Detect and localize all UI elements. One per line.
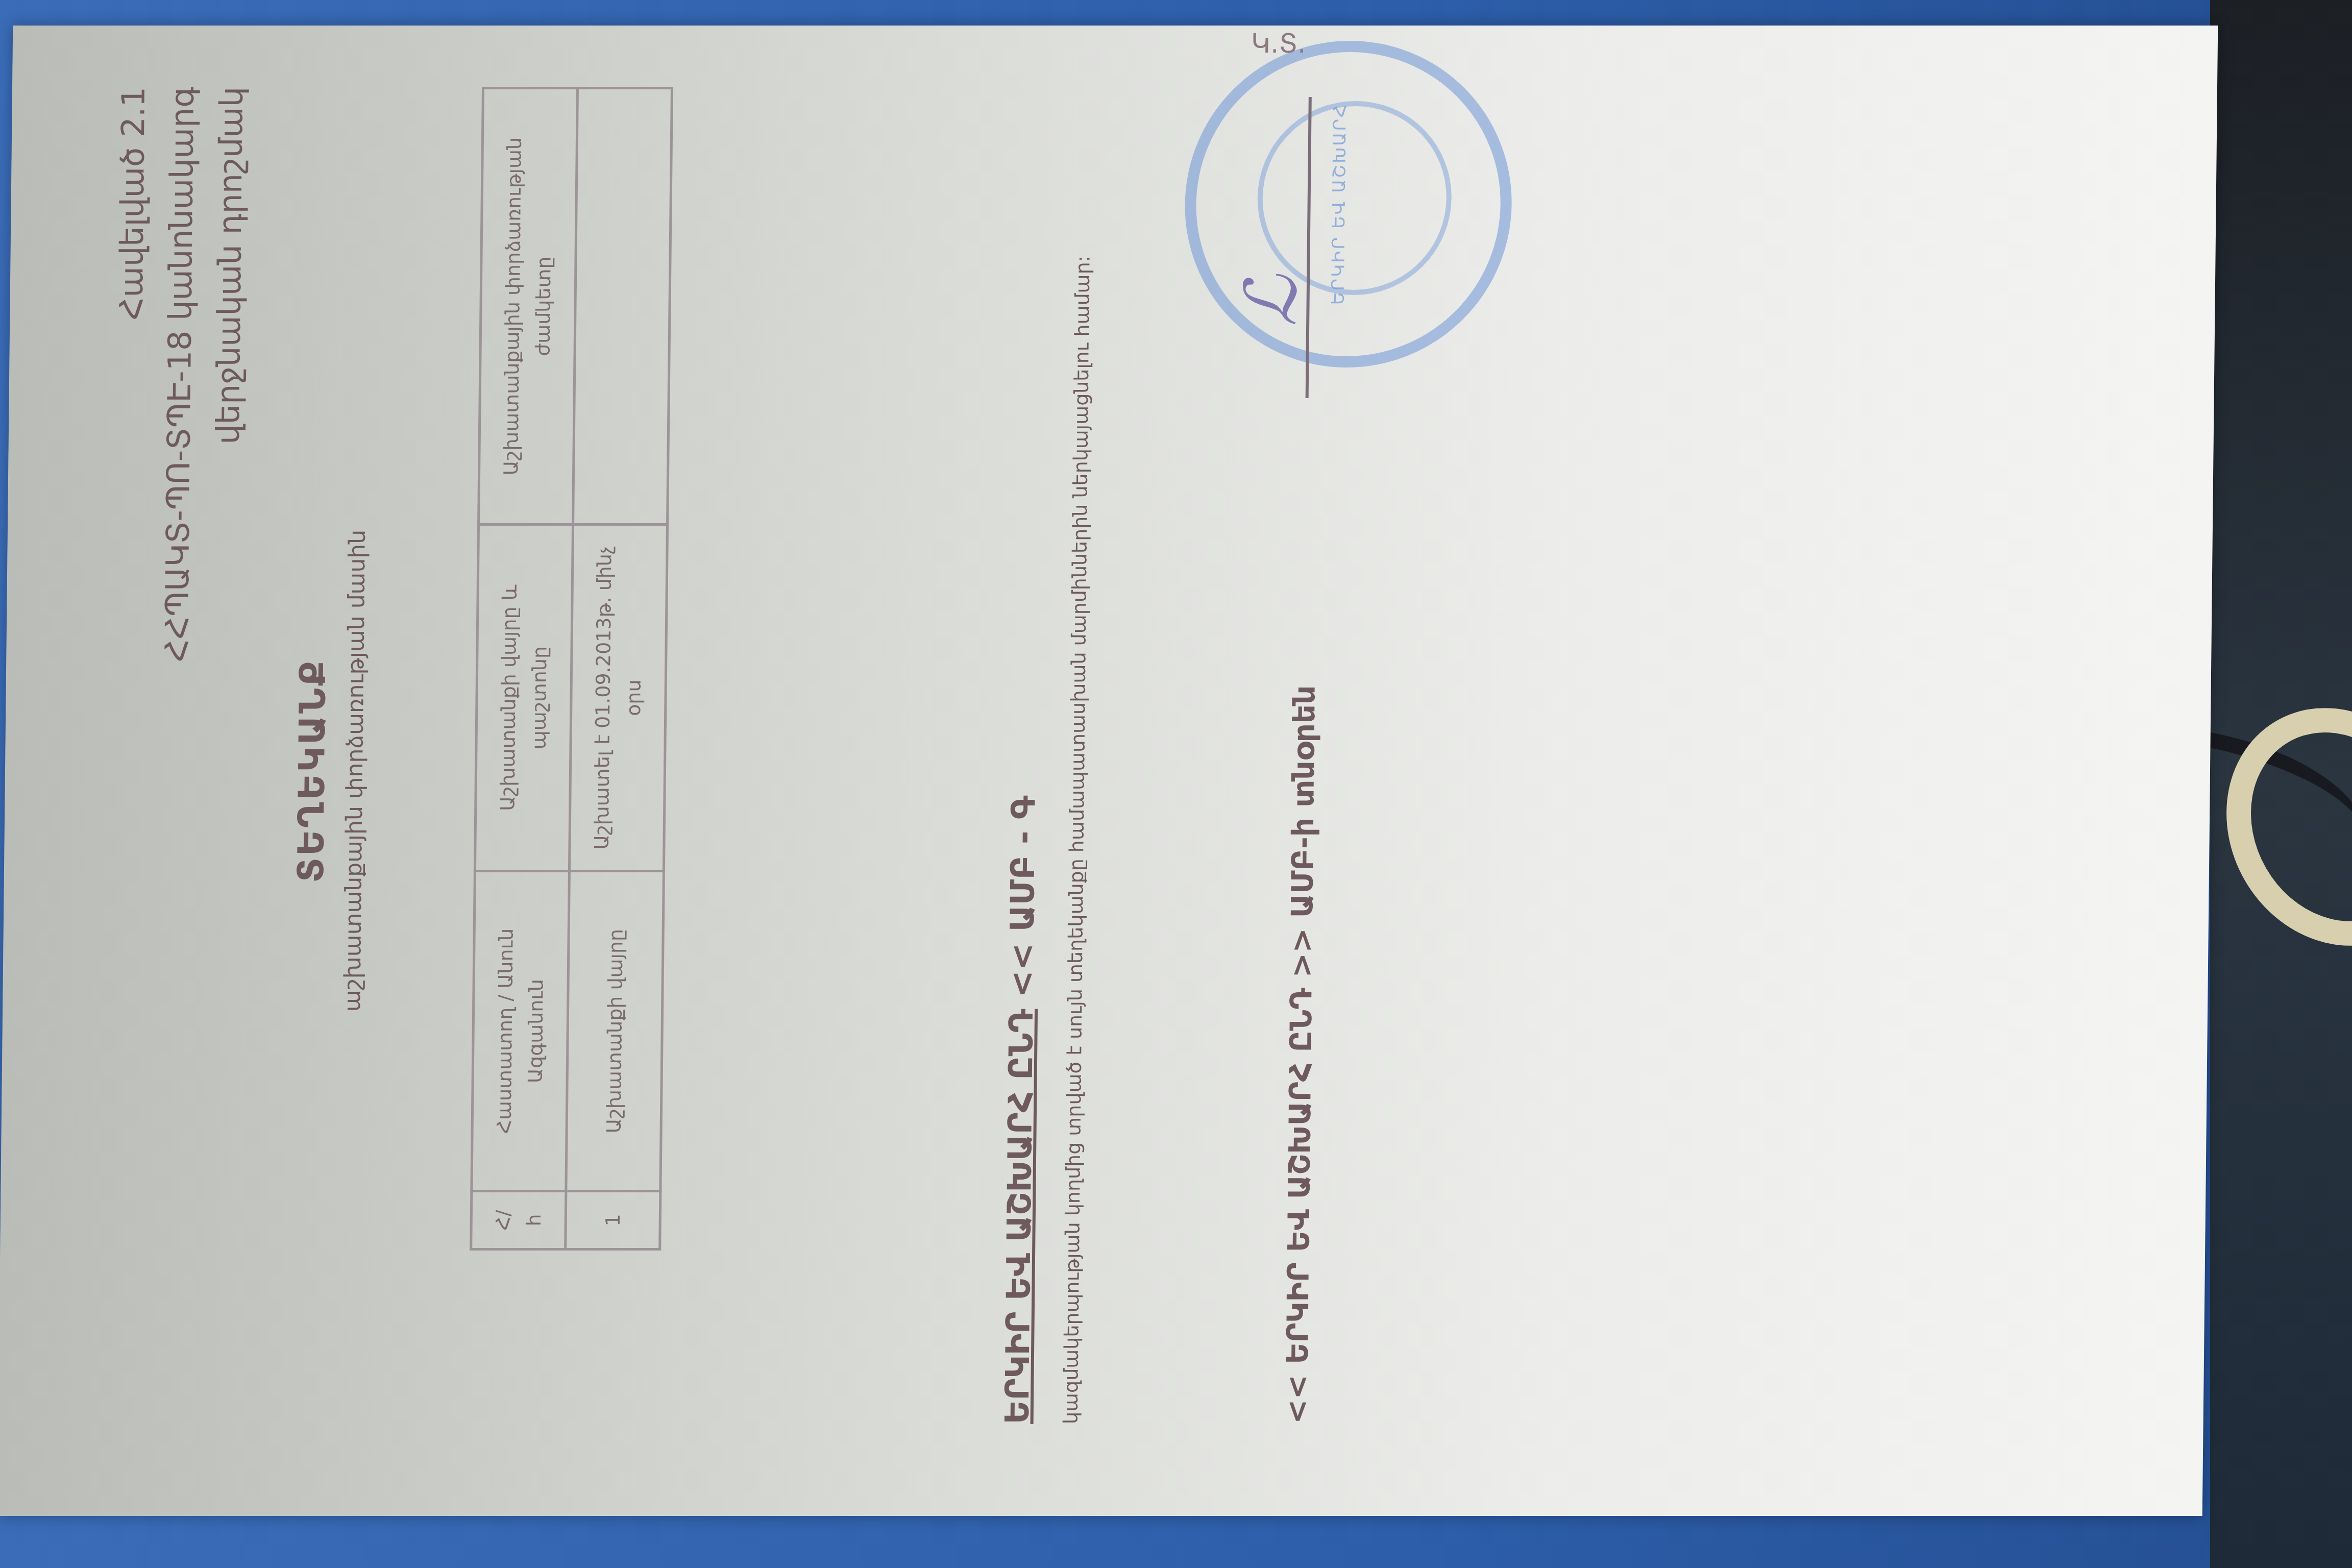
cell	[573, 88, 672, 525]
table-header-row: Հ/հ Հաստատող / Անուն Ազգանուն Աշխատանքի …	[471, 88, 578, 1249]
col-period: Աշխատանքային փորձառության ժամկետը	[479, 88, 578, 525]
appendix-label: Հավելված 2.1	[103, 87, 158, 661]
cell: Աշխատել է 01.09.2013թ. մինչ օրս	[569, 525, 667, 871]
document-header: Հավելված 2.1 ՀՀՊԱԿՏ-ՊՈ-ՏՊԷ-18 կանոնակարգ…	[103, 87, 256, 661]
col-approver: Հաստատող / Անուն Ազգանուն	[472, 871, 570, 1191]
cell: Աշխատանքի վայրը	[566, 871, 664, 1191]
document-content: Հավելված 2.1 ՀՀՊԱԿՏ-ՊՈ-ՏՊԷ-18 կանոնակարգ…	[0, 26, 2218, 1516]
organization-line: ԵՐԿԻՐ ԵՎ ԱՇԽԱՐՀ ԸՆԴ << ԱՄԲ - Գ	[999, 148, 1050, 1424]
stamp-text: ԵՐԿԻՐ ԵՎ ԱՇԽԱՐՀ	[1328, 52, 1351, 356]
signature-mark: ℒ	[1230, 275, 1313, 327]
document-title: ՏԵՂԵԿԱՆՔ	[283, 26, 341, 1516]
cell: 1	[566, 1191, 660, 1249]
col-workplace: Աշխատանքի վայրը և պաշտոնը	[475, 525, 573, 871]
experience-table: Հ/հ Հաստատող / Անուն Ազգանուն Աշխատանքի …	[470, 87, 673, 1251]
organization-quoted: << ԱՄԲ - Գ	[1003, 796, 1043, 998]
stamp-inner-ring	[1257, 101, 1453, 295]
organization-name: ԵՐԿԻՐ ԵՎ ԱՇԽԱՐՀ ԸՆԴ	[999, 1009, 1041, 1424]
document-subtitle: աշխատանքային փորձառության մասին	[334, 26, 376, 1516]
document-page: Հավելված 2.1 ՀՀՊԱԿՏ-ՊՈ-ՏՊԷ-18 կանոնակարգ…	[0, 26, 2218, 1516]
col-number: Հ/հ	[471, 1191, 566, 1249]
organization-description: կազմակերպության կողմից տրված է սույն տեղ…	[1055, 148, 1100, 1424]
form-label: վերջնական դրոշմակ	[201, 87, 256, 661]
regulation-label: ՀՀՊԱԿՏ-ՊՈ-ՏՊԷ-18 կանոնակարգ	[152, 87, 207, 661]
seal-mark: Կ.Տ.	[1251, 29, 1306, 59]
table-row: 1 Աշխատանքի վայրը Աշխատել է 01.09.2013թ.…	[566, 88, 672, 1249]
